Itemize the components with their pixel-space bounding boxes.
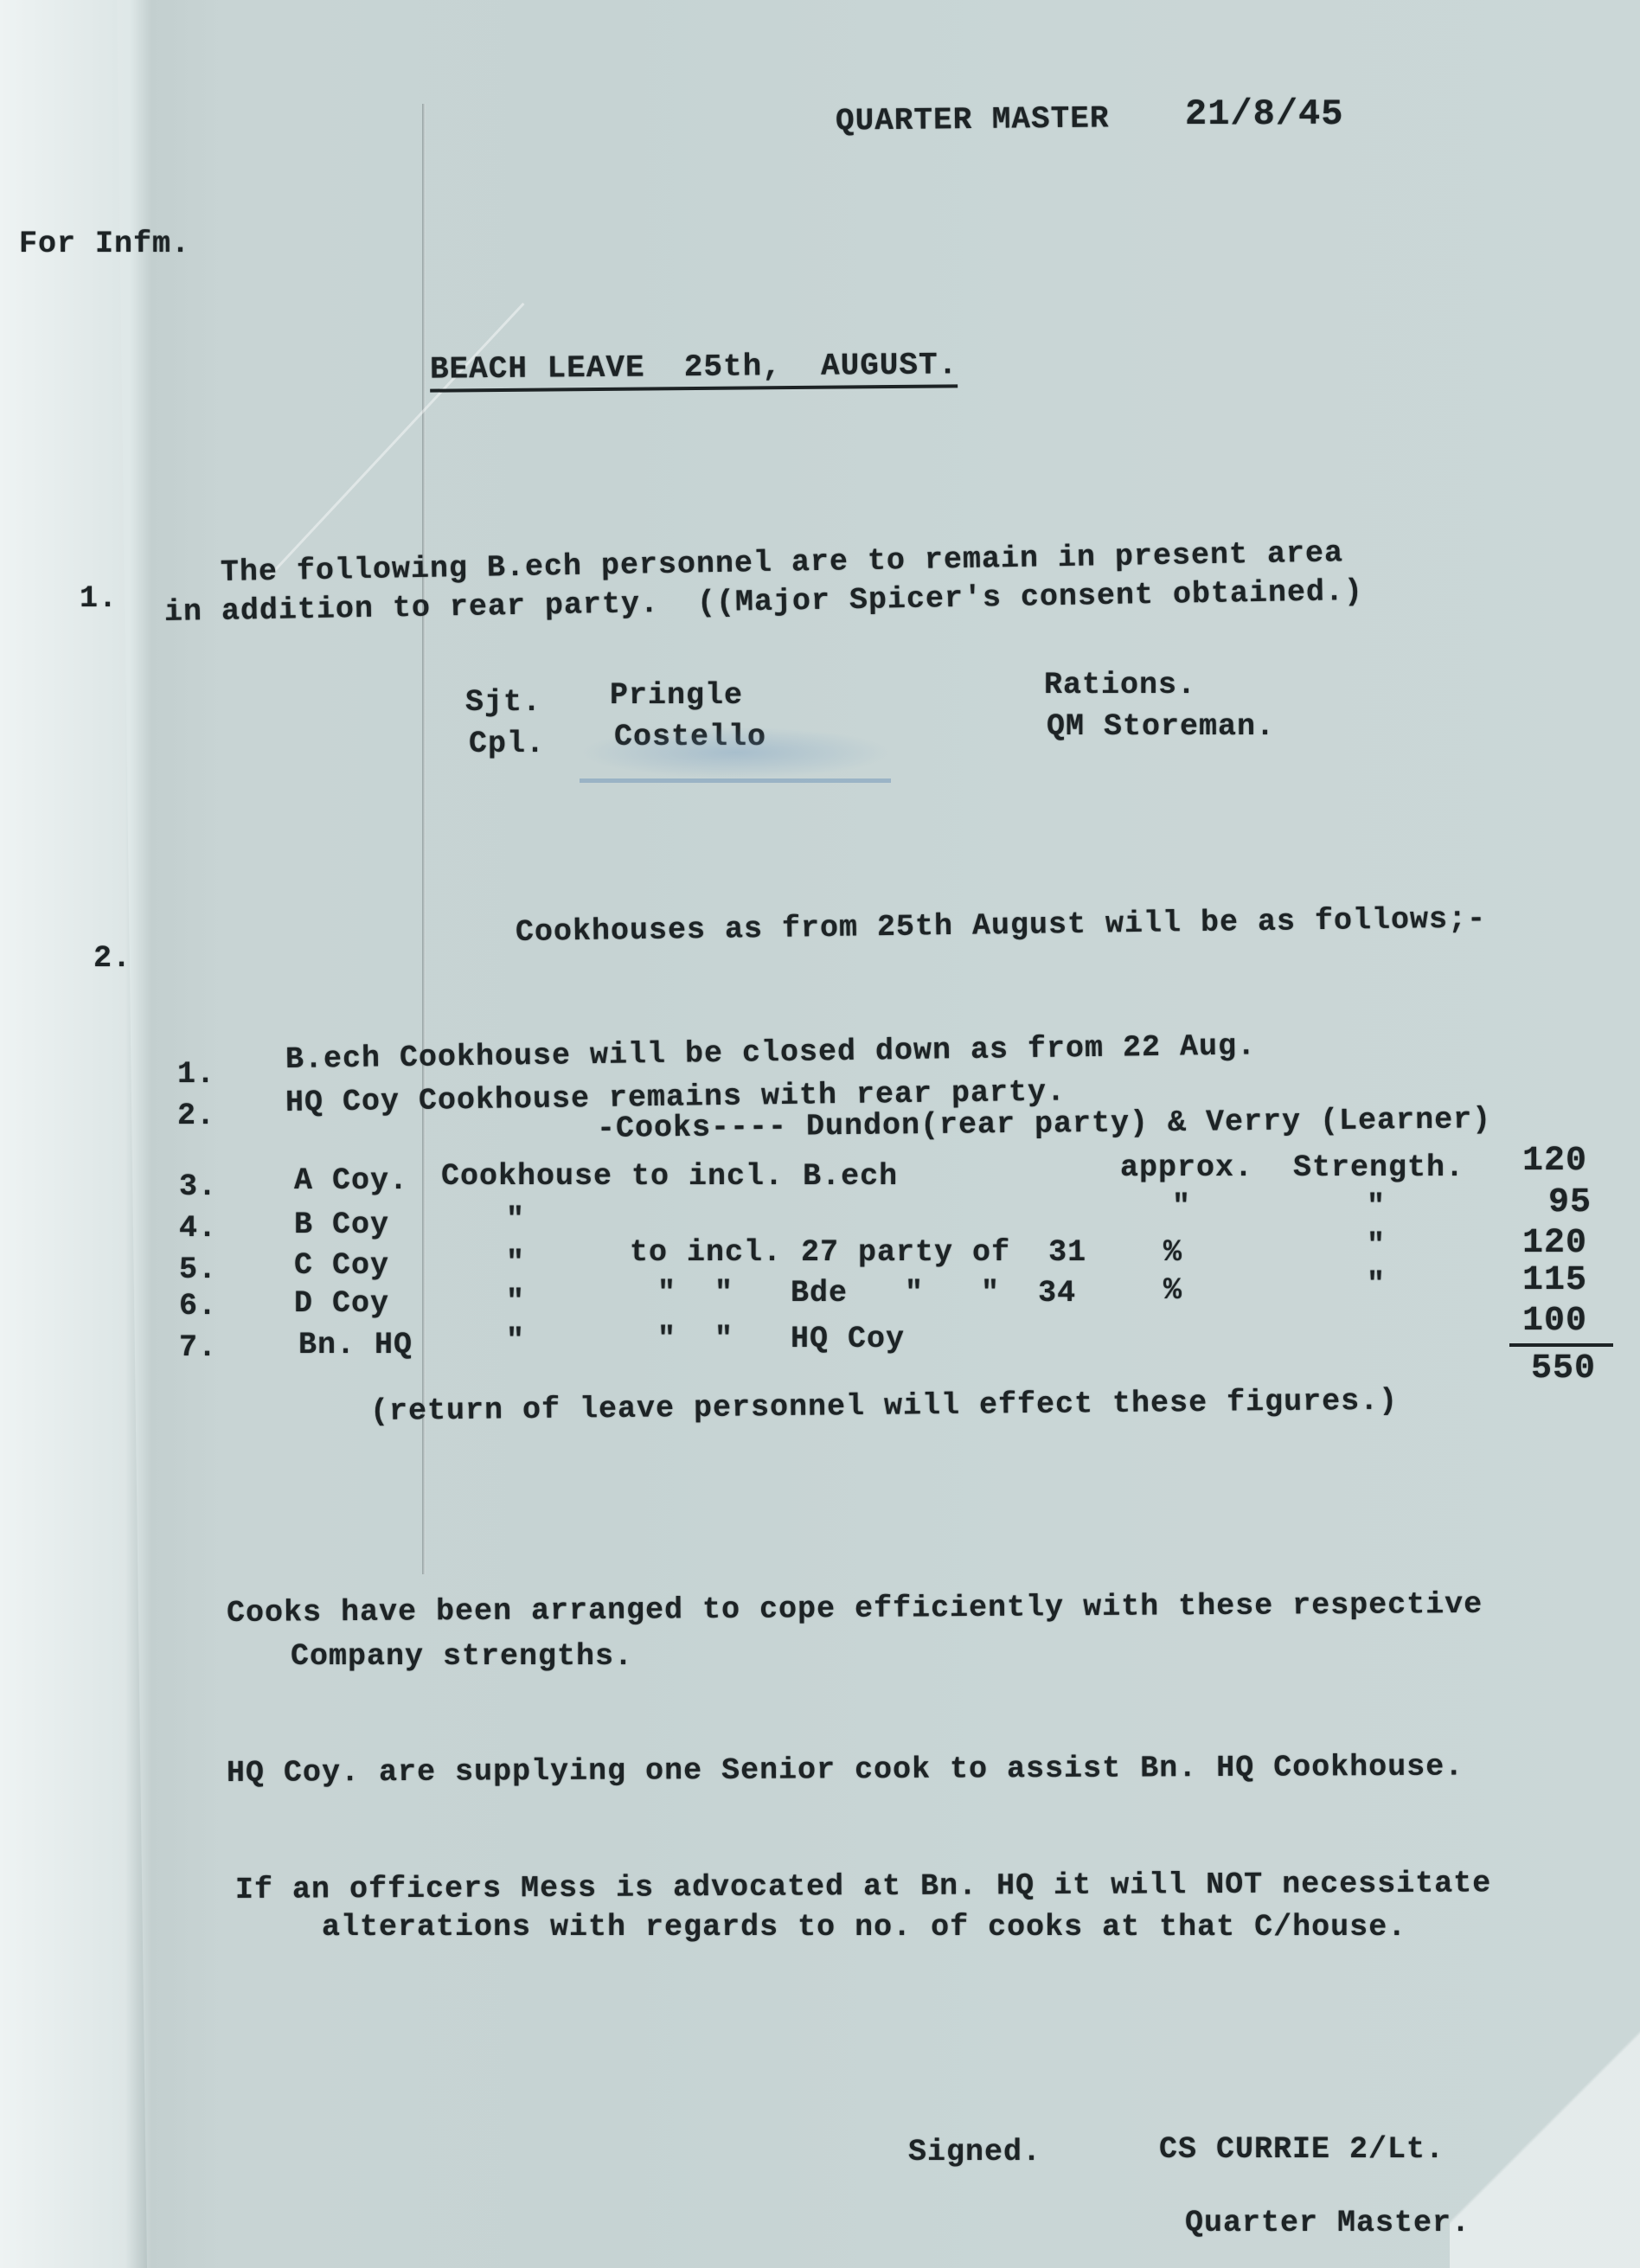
- row-description: " " Bde " " 34: [657, 1276, 1076, 1310]
- row-ditto: ": [506, 1246, 525, 1280]
- row-number: 4.: [179, 1211, 217, 1246]
- personnel-rank: Cpl.: [469, 727, 545, 761]
- row-number: 6.: [179, 1289, 217, 1323]
- vertical-fold-crease: [422, 104, 426, 1574]
- header-date: 21/8/45: [1185, 93, 1343, 135]
- paragraph-officers-mess-line-1: If an officers Mess is advocated at Bn. …: [235, 1866, 1491, 1907]
- personnel-name: Pringle: [610, 678, 743, 713]
- signatory-title: Quarter Master.: [1185, 2206, 1470, 2240]
- ink-underline-mark: [580, 778, 891, 783]
- list-item-number: 1.: [177, 1057, 215, 1092]
- row-number: 5.: [179, 1253, 217, 1287]
- row-strength-value: 95: [1548, 1183, 1592, 1222]
- row-approx: approx.: [1120, 1150, 1253, 1185]
- row-strength-value: 100: [1522, 1302, 1587, 1341]
- signature-label: Signed.: [908, 2135, 1041, 2169]
- row-overstruck-symbol: %: [1163, 1235, 1182, 1270]
- paragraph-cooks-line-2: Company strengths.: [291, 1639, 633, 1674]
- paragraph-senior-cook: HQ Coy. are supplying one Senior cook to…: [227, 1750, 1464, 1791]
- row-unit: A Coy.: [294, 1163, 408, 1198]
- ink-smudge: [580, 727, 891, 778]
- section-2-number: 2.: [93, 941, 131, 976]
- routing-note: For Infm.: [19, 227, 190, 261]
- row-description: Cookhouse to incl. B.ech: [441, 1159, 898, 1194]
- row-strength-label: Strength.: [1293, 1150, 1464, 1185]
- header-department: QUARTER MASTER: [836, 100, 1110, 138]
- document-title: BEACH LEAVE 25th, AUGUST.: [430, 347, 958, 392]
- row-unit: D Coy: [294, 1286, 389, 1321]
- personnel-duty: QM Storeman.: [1047, 709, 1275, 744]
- row-number: 3.: [179, 1169, 217, 1204]
- row-unit: B Coy: [294, 1208, 389, 1242]
- row-number: 7.: [179, 1330, 217, 1365]
- row-strength-value: 120: [1522, 1142, 1587, 1181]
- paragraph-officers-mess-line-2: alterations with regards to no. of cooks…: [322, 1910, 1406, 1944]
- section-1-number: 1.: [80, 581, 118, 616]
- row-unit: Bn. HQ: [298, 1328, 413, 1362]
- row-ditto: ": [506, 1323, 525, 1358]
- personnel-duty: Rations.: [1044, 668, 1196, 702]
- row-ditto: ": [1367, 1267, 1386, 1302]
- row-description: " " HQ Coy: [657, 1322, 905, 1356]
- list-item-number: 2.: [177, 1099, 215, 1133]
- row-strength-value: 115: [1522, 1261, 1587, 1300]
- page-corner-shadow: [1450, 1983, 1640, 2268]
- row-ditto: ": [506, 1202, 525, 1237]
- signatory-name: CS CURRIE 2/Lt.: [1159, 2132, 1445, 2167]
- row-overstruck-symbol: %: [1163, 1273, 1182, 1308]
- strength-total: 550: [1531, 1349, 1596, 1388]
- row-ditto: ": [506, 1285, 525, 1319]
- row-ditto: ": [1172, 1189, 1191, 1224]
- row-unit: C Coy: [294, 1248, 389, 1283]
- personnel-rank: Sjt.: [465, 685, 541, 720]
- row-description: to incl. 27 party of 31: [630, 1235, 1086, 1270]
- row-ditto: ": [1367, 1228, 1386, 1263]
- row-ditto: ": [1367, 1189, 1386, 1224]
- row-strength-value: 120: [1522, 1224, 1587, 1263]
- total-rule: [1509, 1343, 1613, 1347]
